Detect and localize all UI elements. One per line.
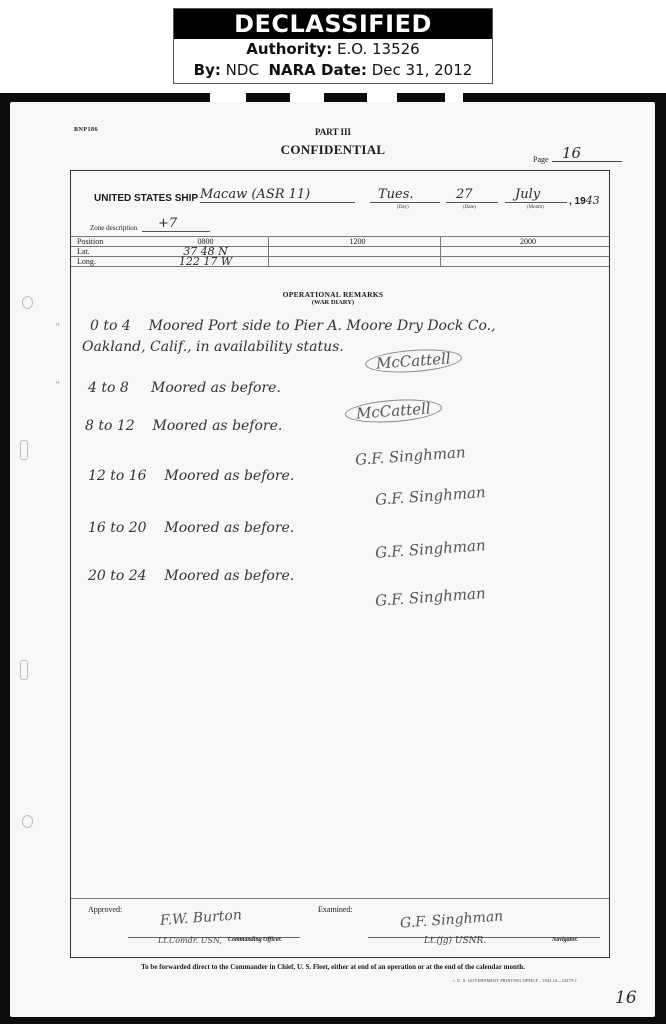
navigator-role: Navigator. [552, 937, 578, 943]
remarks-entry: 16 to 20 Moored as before. [88, 520, 294, 536]
entry-text: Moored as before. [164, 568, 294, 584]
day-value: Tues. [370, 188, 440, 203]
ship-name: Macaw (ASR 11) [200, 188, 355, 203]
lat-row: Lat. 37 48 N [71, 247, 609, 257]
zone-label: Zone description [90, 224, 137, 232]
margin-tick: " [56, 380, 59, 389]
authority-label: Authority: [246, 40, 332, 58]
time-2000: 2000 [441, 237, 609, 247]
navigator-rank: Lt.(jg) USNR. [424, 936, 486, 946]
part-heading: PART III [0, 127, 666, 137]
corner-page-number: 16 [615, 988, 637, 1008]
authority-value: E.O. 13526 [337, 40, 420, 58]
lat-1200 [269, 247, 441, 257]
commanding-officer-rank: Lt.Comdr. USN, [158, 936, 222, 945]
remarks-entry: 12 to 16 Moored as before. [88, 468, 294, 484]
commanding-officer-role: Commanding Officer. [228, 937, 282, 943]
long-2000 [441, 257, 609, 267]
watch-time: 0 to 4 [90, 318, 131, 334]
lat-2000 [441, 247, 609, 257]
long-0800: 122 17 W [137, 257, 269, 267]
position-label: Position [71, 237, 137, 247]
long-row: Long. 122 17 W [71, 257, 609, 267]
position-row: Position 0800 1200 2000 [71, 237, 609, 247]
remarks-entry: 8 to 12 Moored as before. [85, 418, 282, 434]
long-1200 [269, 257, 441, 267]
date-value: 27 [446, 188, 498, 203]
entry-text: Moored Port side to Pier A. Moore Dry Do… [149, 318, 496, 334]
by-value: NDC [226, 61, 259, 79]
forwarding-instruction: To be forwarded direct to the Commander … [0, 963, 666, 971]
stamp-title: DECLASSIFIED [174, 9, 492, 39]
page-label: Page [533, 155, 549, 164]
entry-text: Moored as before. [151, 380, 281, 396]
ship-label: UNITED STATES SHIP [94, 193, 198, 204]
examined-label: Examined: [318, 905, 353, 914]
day-caption: (Day) [397, 205, 409, 210]
watch-time: 8 to 12 [85, 418, 135, 434]
margin-tick: " [56, 322, 59, 331]
entry-text: Moored as before. [153, 418, 283, 434]
approved-label: Approved: [88, 905, 122, 914]
remarks-entry: 4 to 8 Moored as before. [88, 380, 281, 396]
nara-date-value: Dec 31, 2012 [372, 61, 473, 79]
position-table: Position 0800 1200 2000 Lat. 37 48 N Lon… [71, 236, 609, 267]
watch-time: 4 to 8 [88, 380, 129, 396]
punch-hole [22, 815, 33, 828]
punch-hole [20, 660, 28, 680]
nara-date-label: NARA Date: [268, 61, 366, 79]
stamp-authority: Authority: E.O. 13526 [174, 39, 492, 60]
printer-imprint: ☆ U. S. GOVERNMENT PRINTING OFFICE : 194… [452, 978, 577, 983]
remarks-entry: 20 to 24 Moored as before. [88, 568, 294, 584]
year-prefix: , 19 [569, 196, 586, 207]
month-caption: (Month) [527, 205, 544, 210]
date-caption: (Date) [463, 205, 476, 210]
entry-text: Moored as before. [164, 520, 294, 536]
long-label: Long. [71, 257, 137, 267]
year: , 1943 [569, 194, 600, 207]
zone-value: +7 [142, 217, 210, 232]
watch-time: 16 to 20 [88, 520, 147, 536]
page-number: 16 [552, 146, 622, 162]
by-label: By: [194, 61, 221, 79]
watch-time: 12 to 16 [88, 468, 147, 484]
stamp-by-date: By: NDC NARA Date: Dec 31, 2012 [174, 60, 492, 81]
entry-text-continued: Oakland, Calif., in availability status. [82, 339, 344, 355]
declassification-stamp: DECLASSIFIED Authority: E.O. 13526 By: N… [173, 8, 493, 84]
year-suffix: 43 [586, 194, 600, 207]
punch-hole [20, 440, 28, 460]
signoff-divider [71, 898, 609, 899]
month-value: July [505, 188, 567, 203]
scan-artifact [445, 86, 463, 102]
remarks-entry: 0 to 4 Moored Port side to Pier A. Moore… [90, 318, 496, 334]
printer-text: U. S. GOVERNMENT PRINTING OFFICE : 1943 … [457, 978, 577, 983]
time-1200: 1200 [269, 237, 441, 247]
entry-text: Moored as before. [164, 468, 294, 484]
watch-time: 20 to 24 [88, 568, 147, 584]
scan-artifact [367, 86, 397, 102]
lat-label: Lat. [71, 247, 137, 257]
remarks-title: OPERATIONAL REMARKS [0, 290, 666, 299]
scan-artifact [210, 86, 246, 102]
remarks-subtitle: (WAR DIARY) [0, 299, 666, 306]
scan-artifact [290, 86, 324, 102]
war-diary-form-box [70, 170, 610, 958]
